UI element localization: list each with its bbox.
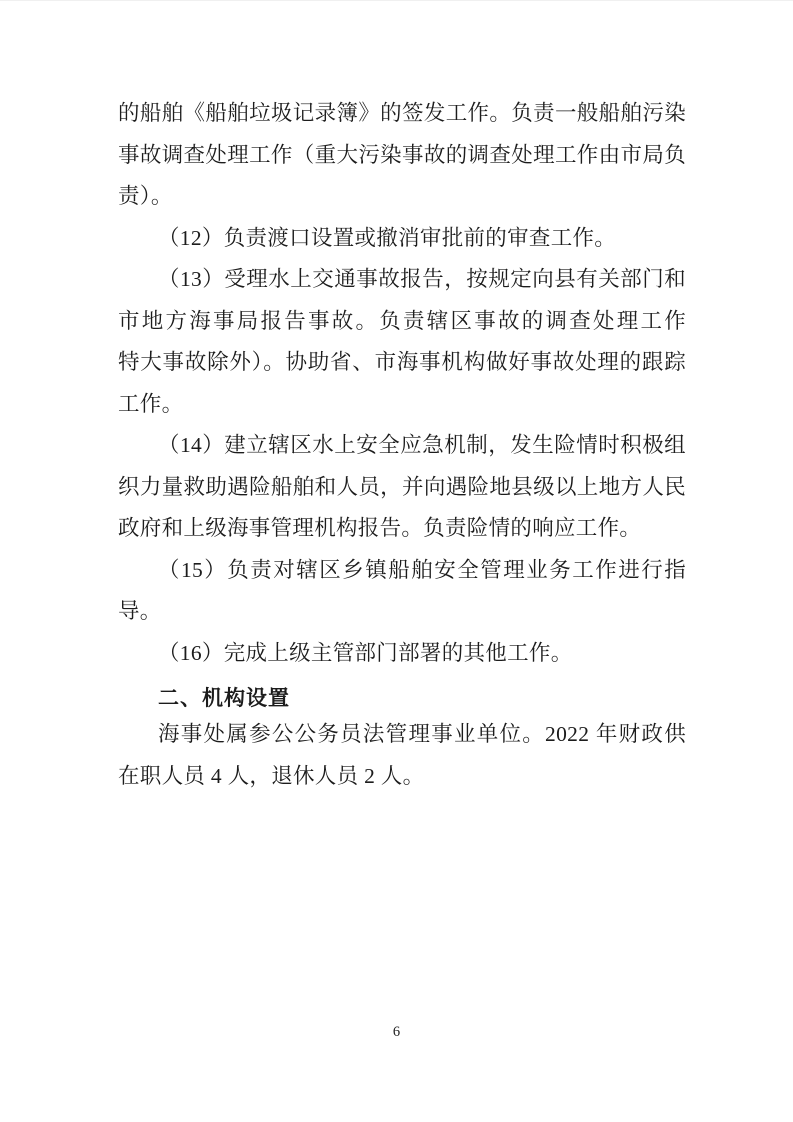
text-line: 的船舶《船舶垃圾记录簿》的签发工作。负责一般船舶污染 bbox=[118, 93, 686, 135]
text-line: 海事处属参公公务员法管理事业单位。2022 年财政供养 bbox=[118, 714, 686, 756]
document-body: 的船舶《船舶垃圾记录簿》的签发工作。负责一般船舶污染 事故调查处理工作（重大污染… bbox=[118, 93, 686, 797]
text-line: 市地方海事局报告事故。负责辖区事故的调查处理工作（重、 bbox=[118, 301, 686, 343]
section-heading: 二、机构设置 bbox=[118, 684, 686, 714]
text-line: 政府和上级海事管理机构报告。负责险情的响应工作。 bbox=[118, 508, 686, 550]
text-line: 导。 bbox=[118, 591, 686, 633]
text-line: （15）负责对辖区乡镇船舶安全管理业务工作进行指 bbox=[118, 550, 686, 592]
text-line: （13）受理水上交通事故报告，按规定向县有关部门和 bbox=[118, 259, 686, 301]
text-line: （14）建立辖区水上安全应急机制，发生险情时积极组 bbox=[118, 425, 686, 467]
text-line: 工作。 bbox=[118, 384, 686, 426]
text-line: 织力量救助遇险船舶和人员，并向遇险地县级以上地方人民 bbox=[118, 467, 686, 509]
text-line: 特大事故除外）。协助省、市海事机构做好事故处理的跟踪 bbox=[118, 342, 686, 384]
text-line: （16）完成上级主管部门部署的其他工作。 bbox=[118, 633, 686, 675]
text-line: 在职人员 4 人，退休人员 2 人。 bbox=[118, 756, 686, 798]
text-line: （12）负责渡口设置或撤消审批前的审查工作。 bbox=[118, 218, 686, 260]
text-line: 责）。 bbox=[118, 176, 686, 218]
text-line: 事故调查处理工作（重大污染事故的调查处理工作由市局负 bbox=[118, 135, 686, 177]
document-page: 的船舶《船舶垃圾记录簿》的签发工作。负责一般船舶污染 事故调查处理工作（重大污染… bbox=[0, 0, 793, 1122]
page-number: 6 bbox=[0, 1024, 793, 1041]
